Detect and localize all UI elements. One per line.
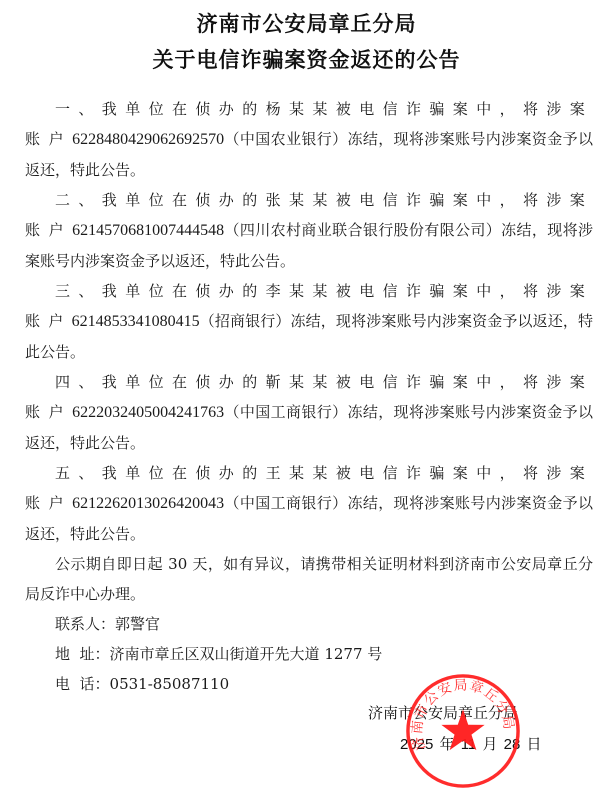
- contact-address: 地 址：济南市章丘区双山街道开先大道 1277 号: [25, 639, 593, 669]
- notice-item-2: 二、我单位在侦办的张某某被电信诈骗案中，将涉案账户621457068100744…: [25, 185, 593, 276]
- contact-person: 联系人：郭警官: [25, 609, 593, 639]
- contact-phone-value: 0531-85087110: [110, 675, 230, 693]
- notice-item-1: 一、我单位在侦办的杨某某被电信诈骗案中，将涉案账户622848042906269…: [25, 94, 593, 185]
- notice-item-3: 三、我单位在侦办的李某某被电信诈骗案中，将涉案账户621485334108041…: [25, 276, 593, 367]
- account-number: 6228480429062692570: [72, 131, 224, 148]
- notice-item-4: 四、我单位在侦办的靳某某被电信诈骗案中，将涉案账户622203240500424…: [25, 367, 593, 458]
- contact-phone-label: 电 话：: [55, 669, 110, 699]
- contact-person-value: 郭警官: [115, 615, 160, 633]
- notice-body: 一、我单位在侦办的杨某某被电信诈骗案中，将涉案账户622848042906269…: [25, 94, 593, 699]
- notice-item-5: 五、我单位在侦办的王某某被电信诈骗案中，将涉案账户621226201302642…: [25, 458, 593, 549]
- signature-date: 2025 年 11 月 28 日: [400, 733, 541, 754]
- account-number: 6214570681007444548: [72, 222, 224, 239]
- contact-phone: 电 话：0531-85087110: [25, 669, 593, 699]
- signature-org: 济南市公安局章丘分局: [368, 702, 518, 723]
- account-number: 6222032405004241763: [72, 404, 224, 421]
- contact-person-label: 联系人：: [55, 609, 115, 639]
- notice-title-org: 济南市公安局章丘分局: [0, 8, 613, 38]
- account-number: 6212262013026420043: [72, 495, 224, 512]
- notice-title-subject: 关于电信诈骗案资金返还的公告: [0, 44, 613, 74]
- account-number: 6214853341080415: [72, 313, 200, 330]
- contact-address-value: 济南市章丘区双山街道开先大道 1277 号: [110, 645, 383, 663]
- contact-address-label: 地 址：: [55, 639, 110, 669]
- publicity-period: 公示期自即日起 30 天，如有异议，请携带相关证明材料到济南市公安局章丘分局反诈…: [25, 549, 593, 609]
